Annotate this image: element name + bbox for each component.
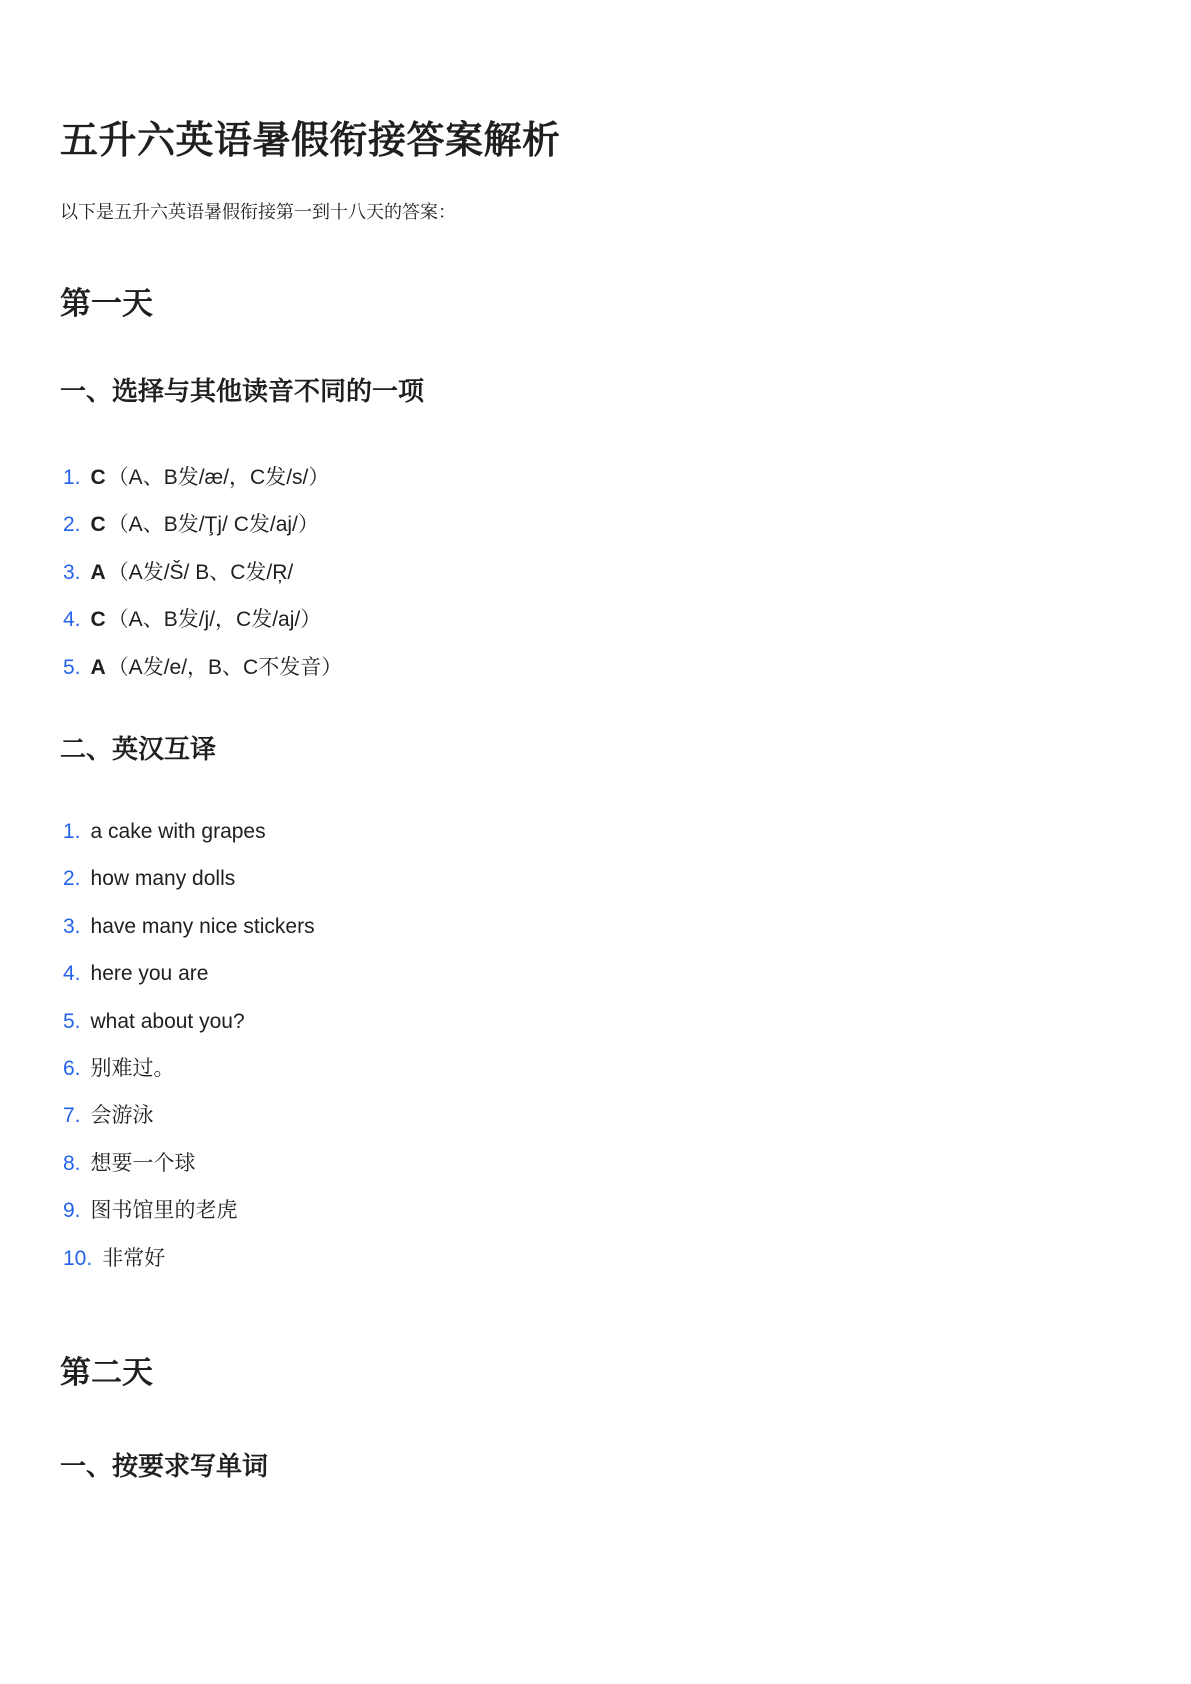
item-text: here you are	[91, 962, 209, 985]
list-item: 1.a cake with grapes	[63, 817, 1131, 847]
item-text: a cake with grapes	[91, 820, 266, 843]
item-number: 10.	[63, 1247, 92, 1270]
answer-letter: C	[91, 513, 106, 536]
day-2-heading: 第二天	[60, 1352, 1131, 1394]
list-item: 4.C（A、B发/j/，C发/aj/）	[63, 605, 1131, 635]
answer-letter: C	[91, 466, 106, 489]
item-text: 想要一个球	[91, 1152, 196, 1175]
page-title: 五升六英语暑假衔接答案解析	[60, 116, 1131, 167]
answer-letter: A	[91, 656, 106, 679]
item-text: have many nice stickers	[91, 915, 315, 938]
item-text: （A、B发/j/，C发/aj/）	[108, 608, 322, 631]
item-text: 非常好	[102, 1247, 165, 1270]
list-item: 3.A（A发/Š/ B、C发/Ŗ/	[63, 558, 1131, 588]
translation-answer-list: 1.a cake with grapes 2.how many dolls 3.…	[60, 817, 1131, 1274]
day-1-heading: 第一天	[60, 283, 1131, 325]
item-number: 5.	[63, 1010, 81, 1033]
item-number: 4.	[63, 962, 81, 985]
item-text: what about you?	[91, 1010, 245, 1033]
item-number: 6.	[63, 1057, 81, 1080]
article-page: 五升六英语暑假衔接答案解析 以下是五升六英语暑假衔接第一到十八天的答案： 第一天…	[0, 0, 1191, 1684]
item-text: （A、B发/Ţj/ C发/aj/）	[108, 513, 319, 536]
item-text: （A、B发/æ/，C发/s/）	[108, 466, 330, 489]
list-item: 6.别难过。	[63, 1054, 1131, 1084]
list-item: 2.C（A、B发/Ţj/ C发/aj/）	[63, 510, 1131, 540]
list-item: 8.想要一个球	[63, 1149, 1131, 1179]
list-item: 4.here you are	[63, 959, 1131, 989]
item-number: 1.	[63, 820, 81, 843]
item-text: 别难过。	[91, 1057, 175, 1080]
item-text: （A发/e/，B、C不发音）	[108, 656, 343, 679]
day2-section-1-heading: 一、按要求写单词	[60, 1450, 1131, 1484]
day1-section-2-heading: 二、英汉互译	[60, 733, 1131, 767]
answer-letter: A	[91, 561, 106, 584]
list-item: 5.A（A发/e/，B、C不发音）	[63, 653, 1131, 683]
item-number: 3.	[63, 561, 81, 584]
list-item: 9.图书馆里的老虎	[63, 1196, 1131, 1226]
phonics-answer-list: 1.C（A、B发/æ/，C发/s/） 2.C（A、B发/Ţj/ C发/aj/） …	[60, 463, 1131, 683]
list-item: 1.C（A、B发/æ/，C发/s/）	[63, 463, 1131, 493]
intro-text: 以下是五升六英语暑假衔接第一到十八天的答案：	[60, 199, 1131, 227]
item-text: how many dolls	[91, 867, 236, 890]
item-number: 4.	[63, 608, 81, 631]
item-number: 7.	[63, 1104, 81, 1127]
item-number: 9.	[63, 1199, 81, 1222]
item-text: 图书馆里的老虎	[91, 1199, 238, 1222]
item-number: 1.	[63, 466, 81, 489]
item-number: 2.	[63, 513, 81, 536]
list-item: 10.非常好	[63, 1244, 1131, 1274]
list-item: 5.what about you?	[63, 1007, 1131, 1037]
item-number: 2.	[63, 867, 81, 890]
item-text: 会游泳	[91, 1104, 154, 1127]
list-item: 3.have many nice stickers	[63, 912, 1131, 942]
day1-section-1-heading: 一、选择与其他读音不同的一项	[60, 375, 1131, 409]
list-item: 7.会游泳	[63, 1101, 1131, 1131]
item-number: 5.	[63, 656, 81, 679]
list-item: 2.how many dolls	[63, 864, 1131, 894]
item-text: （A发/Š/ B、C发/Ŗ/	[108, 561, 294, 584]
answer-letter: C	[91, 608, 106, 631]
item-number: 3.	[63, 915, 81, 938]
item-number: 8.	[63, 1152, 81, 1175]
